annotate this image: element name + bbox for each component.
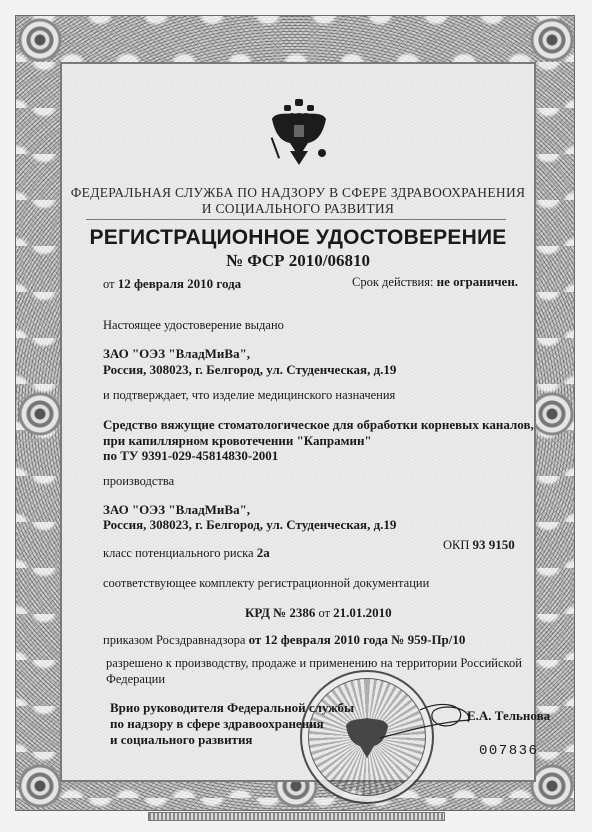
krd-reference: КРД № 2386 от 21.01.2010 xyxy=(245,605,392,621)
product-line1: Средство вяжущие стоматологическое для о… xyxy=(103,417,534,433)
serial-number: 007836 xyxy=(479,743,538,759)
order-prefix: приказом Росздравнадзора xyxy=(103,633,245,647)
permission-line1: разрешено к производству, продаже и прим… xyxy=(106,656,522,671)
krd-from: от xyxy=(318,606,330,620)
validity: Срок действия: не ограничен. xyxy=(352,274,518,290)
krd-number: 2386 xyxy=(289,605,315,620)
order-value: от 12 февраля 2010 года № 959-Пр/10 xyxy=(249,632,466,647)
product-spec: по ТУ 9391-029-45814830-2001 xyxy=(103,448,278,464)
issue-date-prefix: от xyxy=(103,277,115,291)
risk-class-value: 2а xyxy=(257,545,270,560)
krd-date: 21.01.2010 xyxy=(333,605,392,620)
signatory-title-line2: по надзору в сфере здравоохранения xyxy=(110,716,324,732)
validity-value: не ограничен. xyxy=(437,274,518,289)
certificate-number: № ФСР 2010/06810 xyxy=(60,251,536,271)
signatory-name: Е.А. Тельнова xyxy=(467,708,550,724)
order-reference: приказом Росздравнадзора от 12 февраля 2… xyxy=(103,632,465,648)
risk-class-label: класс потенциального риска xyxy=(103,546,254,560)
permission-line2: Федерации xyxy=(106,672,165,687)
issued-to-label: Настоящее удостоверение выдано xyxy=(103,318,284,333)
product-line2: при капиллярном кровотечении "Капрамин" xyxy=(103,433,372,449)
okp-label: ОКП xyxy=(443,538,469,552)
agency-name-line1: ФЕДЕРАЛЬНАЯ СЛУЖБА ПО НАДЗОРУ В СФЕРЕ ЗД… xyxy=(60,185,536,201)
manufacture-label: производства xyxy=(103,474,174,489)
confirms-label: и подтверждает, что изделие медицинского… xyxy=(103,388,395,403)
document-title: РЕГИСТРАЦИОННОЕ УДОСТОВЕРЕНИЕ xyxy=(60,226,536,250)
signatory-title-line3: и социального развития xyxy=(110,732,252,748)
signatory-title-line1: Врио руководителя Федеральной службы xyxy=(110,700,354,716)
coat-of-arms-icon xyxy=(270,97,328,169)
agency-name-line2: И СОЦИАЛЬНОГО РАЗВИТИЯ xyxy=(60,201,536,217)
validity-label: Срок действия: xyxy=(352,275,433,289)
holder-address: Россия, 308023, г. Белгород, ул. Студенч… xyxy=(103,362,396,378)
okp-code: ОКП 93 9150 xyxy=(443,537,515,553)
printer-imprint-strip xyxy=(148,812,445,821)
risk-class: класс потенциального риска 2а xyxy=(103,545,270,561)
manufacturer-name: ЗАО "ОЭЗ "ВладМиВа", xyxy=(103,502,250,518)
issue-date: от 12 февраля 2010 года xyxy=(103,276,241,292)
issue-date-value: 12 февраля 2010 года xyxy=(118,276,242,291)
manufacturer-address: Россия, 308023, г. Белгород, ул. Студенч… xyxy=(103,517,396,533)
krd-label: КРД № xyxy=(245,605,286,620)
header-divider xyxy=(86,219,506,220)
holder-name: ЗАО "ОЭЗ "ВладМиВа", xyxy=(103,346,250,362)
okp-value: 93 9150 xyxy=(473,537,515,552)
documentation-label: соответствующее комплекту регистрационно… xyxy=(103,576,429,591)
